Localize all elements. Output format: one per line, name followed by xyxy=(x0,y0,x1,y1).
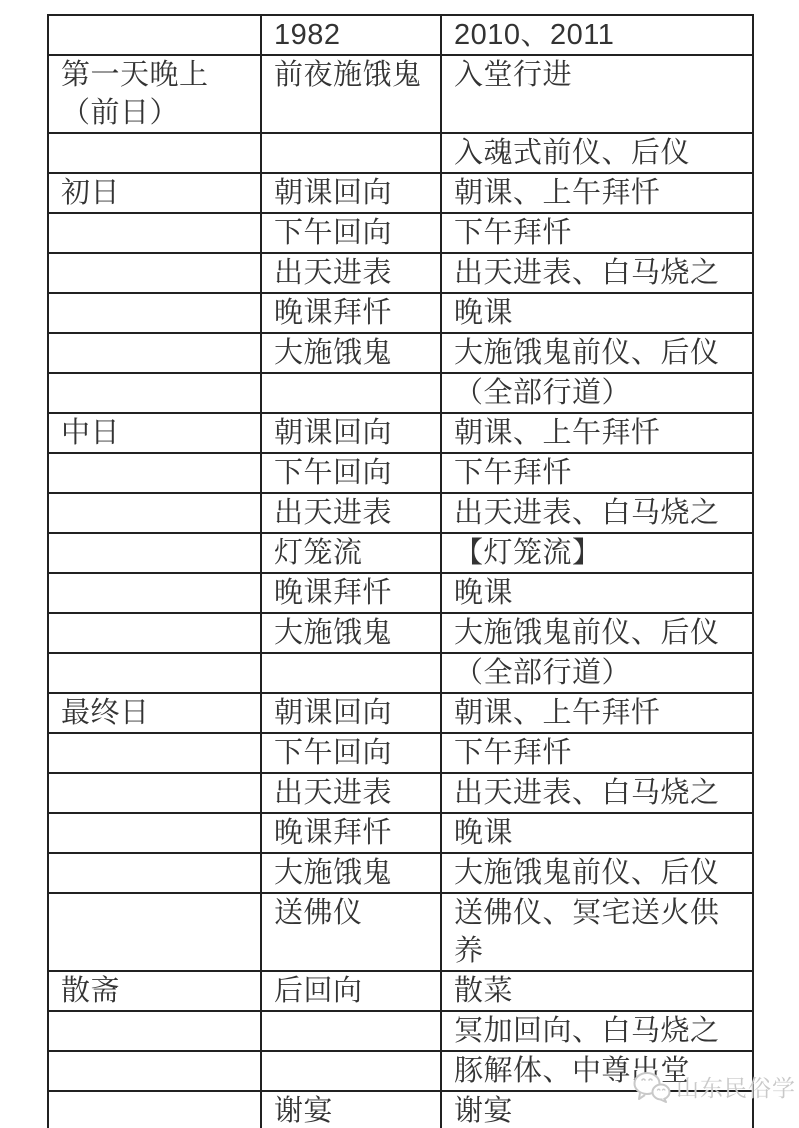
table-cell: 入堂行进 xyxy=(441,55,753,133)
table-cell xyxy=(48,493,261,533)
table-cell: 出天进表、白马烧之 xyxy=(441,493,753,533)
table-row: 豚解体、中尊出堂 xyxy=(48,1051,753,1091)
table-cell: 下午回向 xyxy=(261,733,441,773)
table-row: 初日朝课回向朝课、上午拜忏 xyxy=(48,173,753,213)
table-cell: 大施饿鬼 xyxy=(261,853,441,893)
table-cell xyxy=(48,613,261,653)
table-row: 送佛仪送佛仪、冥宅送火供养 xyxy=(48,893,753,971)
table-cell: 最终日 xyxy=(48,693,261,733)
table-cell: 朝课回向 xyxy=(261,413,441,453)
table-cell: 下午拜忏 xyxy=(441,453,753,493)
table-cell: （全部行道） xyxy=(441,373,753,413)
table-cell xyxy=(48,733,261,773)
table-cell: 出天进表、白马烧之 xyxy=(441,253,753,293)
table-cell xyxy=(261,653,441,693)
table-cell: 朝课回向 xyxy=(261,693,441,733)
table-cell: 豚解体、中尊出堂 xyxy=(441,1051,753,1091)
table-cell xyxy=(261,133,441,173)
table-cell: 出天进表 xyxy=(261,253,441,293)
table-row: 出天进表出天进表、白马烧之 xyxy=(48,493,753,533)
table-row: 下午回向下午拜忏 xyxy=(48,453,753,493)
table-cell: 下午拜忏 xyxy=(441,733,753,773)
header-cell: 2010、2011 xyxy=(441,15,753,55)
table-cell xyxy=(48,453,261,493)
table-cell: 大施饿鬼前仪、后仪 xyxy=(441,853,753,893)
table-cell: 冥加回向、白马烧之 xyxy=(441,1011,753,1051)
table-row: 大施饿鬼大施饿鬼前仪、后仪 xyxy=(48,853,753,893)
table-row: 入魂式前仪、后仪 xyxy=(48,133,753,173)
table-row: 谢宴谢宴 xyxy=(48,1091,753,1128)
table-cell: 后回向 xyxy=(261,971,441,1011)
table-cell: 初日 xyxy=(48,173,261,213)
table-cell: 入魂式前仪、后仪 xyxy=(441,133,753,173)
table-cell: 大施饿鬼前仪、后仪 xyxy=(441,333,753,373)
table-row: 下午回向下午拜忏 xyxy=(48,213,753,253)
table-cell xyxy=(48,853,261,893)
table-row: 灯笼流【灯笼流】 xyxy=(48,533,753,573)
table-cell xyxy=(48,893,261,971)
table-cell xyxy=(48,133,261,173)
table-row: 最终日朝课回向朝课、上午拜忏 xyxy=(48,693,753,733)
table-cell: 出天进表 xyxy=(261,773,441,813)
table-cell: 晚课拜忏 xyxy=(261,293,441,333)
table-row: 散斋后回向散菜 xyxy=(48,971,753,1011)
table-cell: 朝课回向 xyxy=(261,173,441,213)
table-row: 冥加回向、白马烧之 xyxy=(48,1011,753,1051)
table-cell: 中日 xyxy=(48,413,261,453)
table-cell: 朝课、上午拜忏 xyxy=(441,413,753,453)
table-cell: 朝课、上午拜忏 xyxy=(441,693,753,733)
table-cell xyxy=(261,1011,441,1051)
table-cell: 前夜施饿鬼 xyxy=(261,55,441,133)
table-row: （全部行道） xyxy=(48,373,753,413)
table-cell xyxy=(261,373,441,413)
table-cell: 晚课拜忏 xyxy=(261,573,441,613)
table-row: 大施饿鬼大施饿鬼前仪、后仪 xyxy=(48,613,753,653)
table-cell: 晚课 xyxy=(441,573,753,613)
table-cell xyxy=(48,333,261,373)
table-cell xyxy=(261,1051,441,1091)
table-cell: 第一天晚上（前日） xyxy=(48,55,261,133)
header-cell: 1982 xyxy=(261,15,441,55)
table-row: 晚课拜忏晚课 xyxy=(48,573,753,613)
document-page: 19822010、2011第一天晚上（前日）前夜施饿鬼入堂行进入魂式前仪、后仪初… xyxy=(0,0,799,1128)
table-cell xyxy=(48,653,261,693)
table-row: （全部行道） xyxy=(48,653,753,693)
table-row: 大施饿鬼大施饿鬼前仪、后仪 xyxy=(48,333,753,373)
table-cell: 谢宴 xyxy=(261,1091,441,1128)
table-cell xyxy=(48,1011,261,1051)
table-cell xyxy=(48,773,261,813)
table-cell: 大施饿鬼 xyxy=(261,613,441,653)
table-row: 第一天晚上（前日）前夜施饿鬼入堂行进 xyxy=(48,55,753,133)
table-cell: （全部行道） xyxy=(441,653,753,693)
table-cell: 朝课、上午拜忏 xyxy=(441,173,753,213)
table-cell: 散斋 xyxy=(48,971,261,1011)
table-cell: 晚课 xyxy=(441,813,753,853)
table-cell: 出天进表、白马烧之 xyxy=(441,773,753,813)
table-header-row: 19822010、2011 xyxy=(48,15,753,55)
table-cell: 送佛仪、冥宅送火供养 xyxy=(441,893,753,971)
table-cell: 下午拜忏 xyxy=(441,213,753,253)
table-cell: 大施饿鬼前仪、后仪 xyxy=(441,613,753,653)
table-row: 下午回向下午拜忏 xyxy=(48,733,753,773)
table-cell xyxy=(48,1091,261,1128)
table-cell: 晚课 xyxy=(441,293,753,333)
table-cell xyxy=(48,213,261,253)
table-cell xyxy=(48,293,261,333)
table-cell: 大施饿鬼 xyxy=(261,333,441,373)
table-row: 出天进表出天进表、白马烧之 xyxy=(48,253,753,293)
table-cell: 晚课拜忏 xyxy=(261,813,441,853)
table-cell: 下午回向 xyxy=(261,453,441,493)
table-cell xyxy=(48,1051,261,1091)
table-row: 晚课拜忏晚课 xyxy=(48,813,753,853)
table-row: 晚课拜忏晚课 xyxy=(48,293,753,333)
table-cell xyxy=(48,813,261,853)
table-row: 出天进表出天进表、白马烧之 xyxy=(48,773,753,813)
header-cell xyxy=(48,15,261,55)
table-cell: 谢宴 xyxy=(441,1091,753,1128)
table-cell xyxy=(48,373,261,413)
table-cell: 出天进表 xyxy=(261,493,441,533)
table-cell: 下午回向 xyxy=(261,213,441,253)
table-cell: 送佛仪 xyxy=(261,893,441,971)
table-cell xyxy=(48,573,261,613)
ritual-comparison-table: 19822010、2011第一天晚上（前日）前夜施饿鬼入堂行进入魂式前仪、后仪初… xyxy=(47,14,754,1128)
table-cell: 【灯笼流】 xyxy=(441,533,753,573)
table-cell xyxy=(48,253,261,293)
table-body: 19822010、2011第一天晚上（前日）前夜施饿鬼入堂行进入魂式前仪、后仪初… xyxy=(48,15,753,1128)
table-cell: 灯笼流 xyxy=(261,533,441,573)
table-cell xyxy=(48,533,261,573)
table-cell: 散菜 xyxy=(441,971,753,1011)
table-row: 中日朝课回向朝课、上午拜忏 xyxy=(48,413,753,453)
